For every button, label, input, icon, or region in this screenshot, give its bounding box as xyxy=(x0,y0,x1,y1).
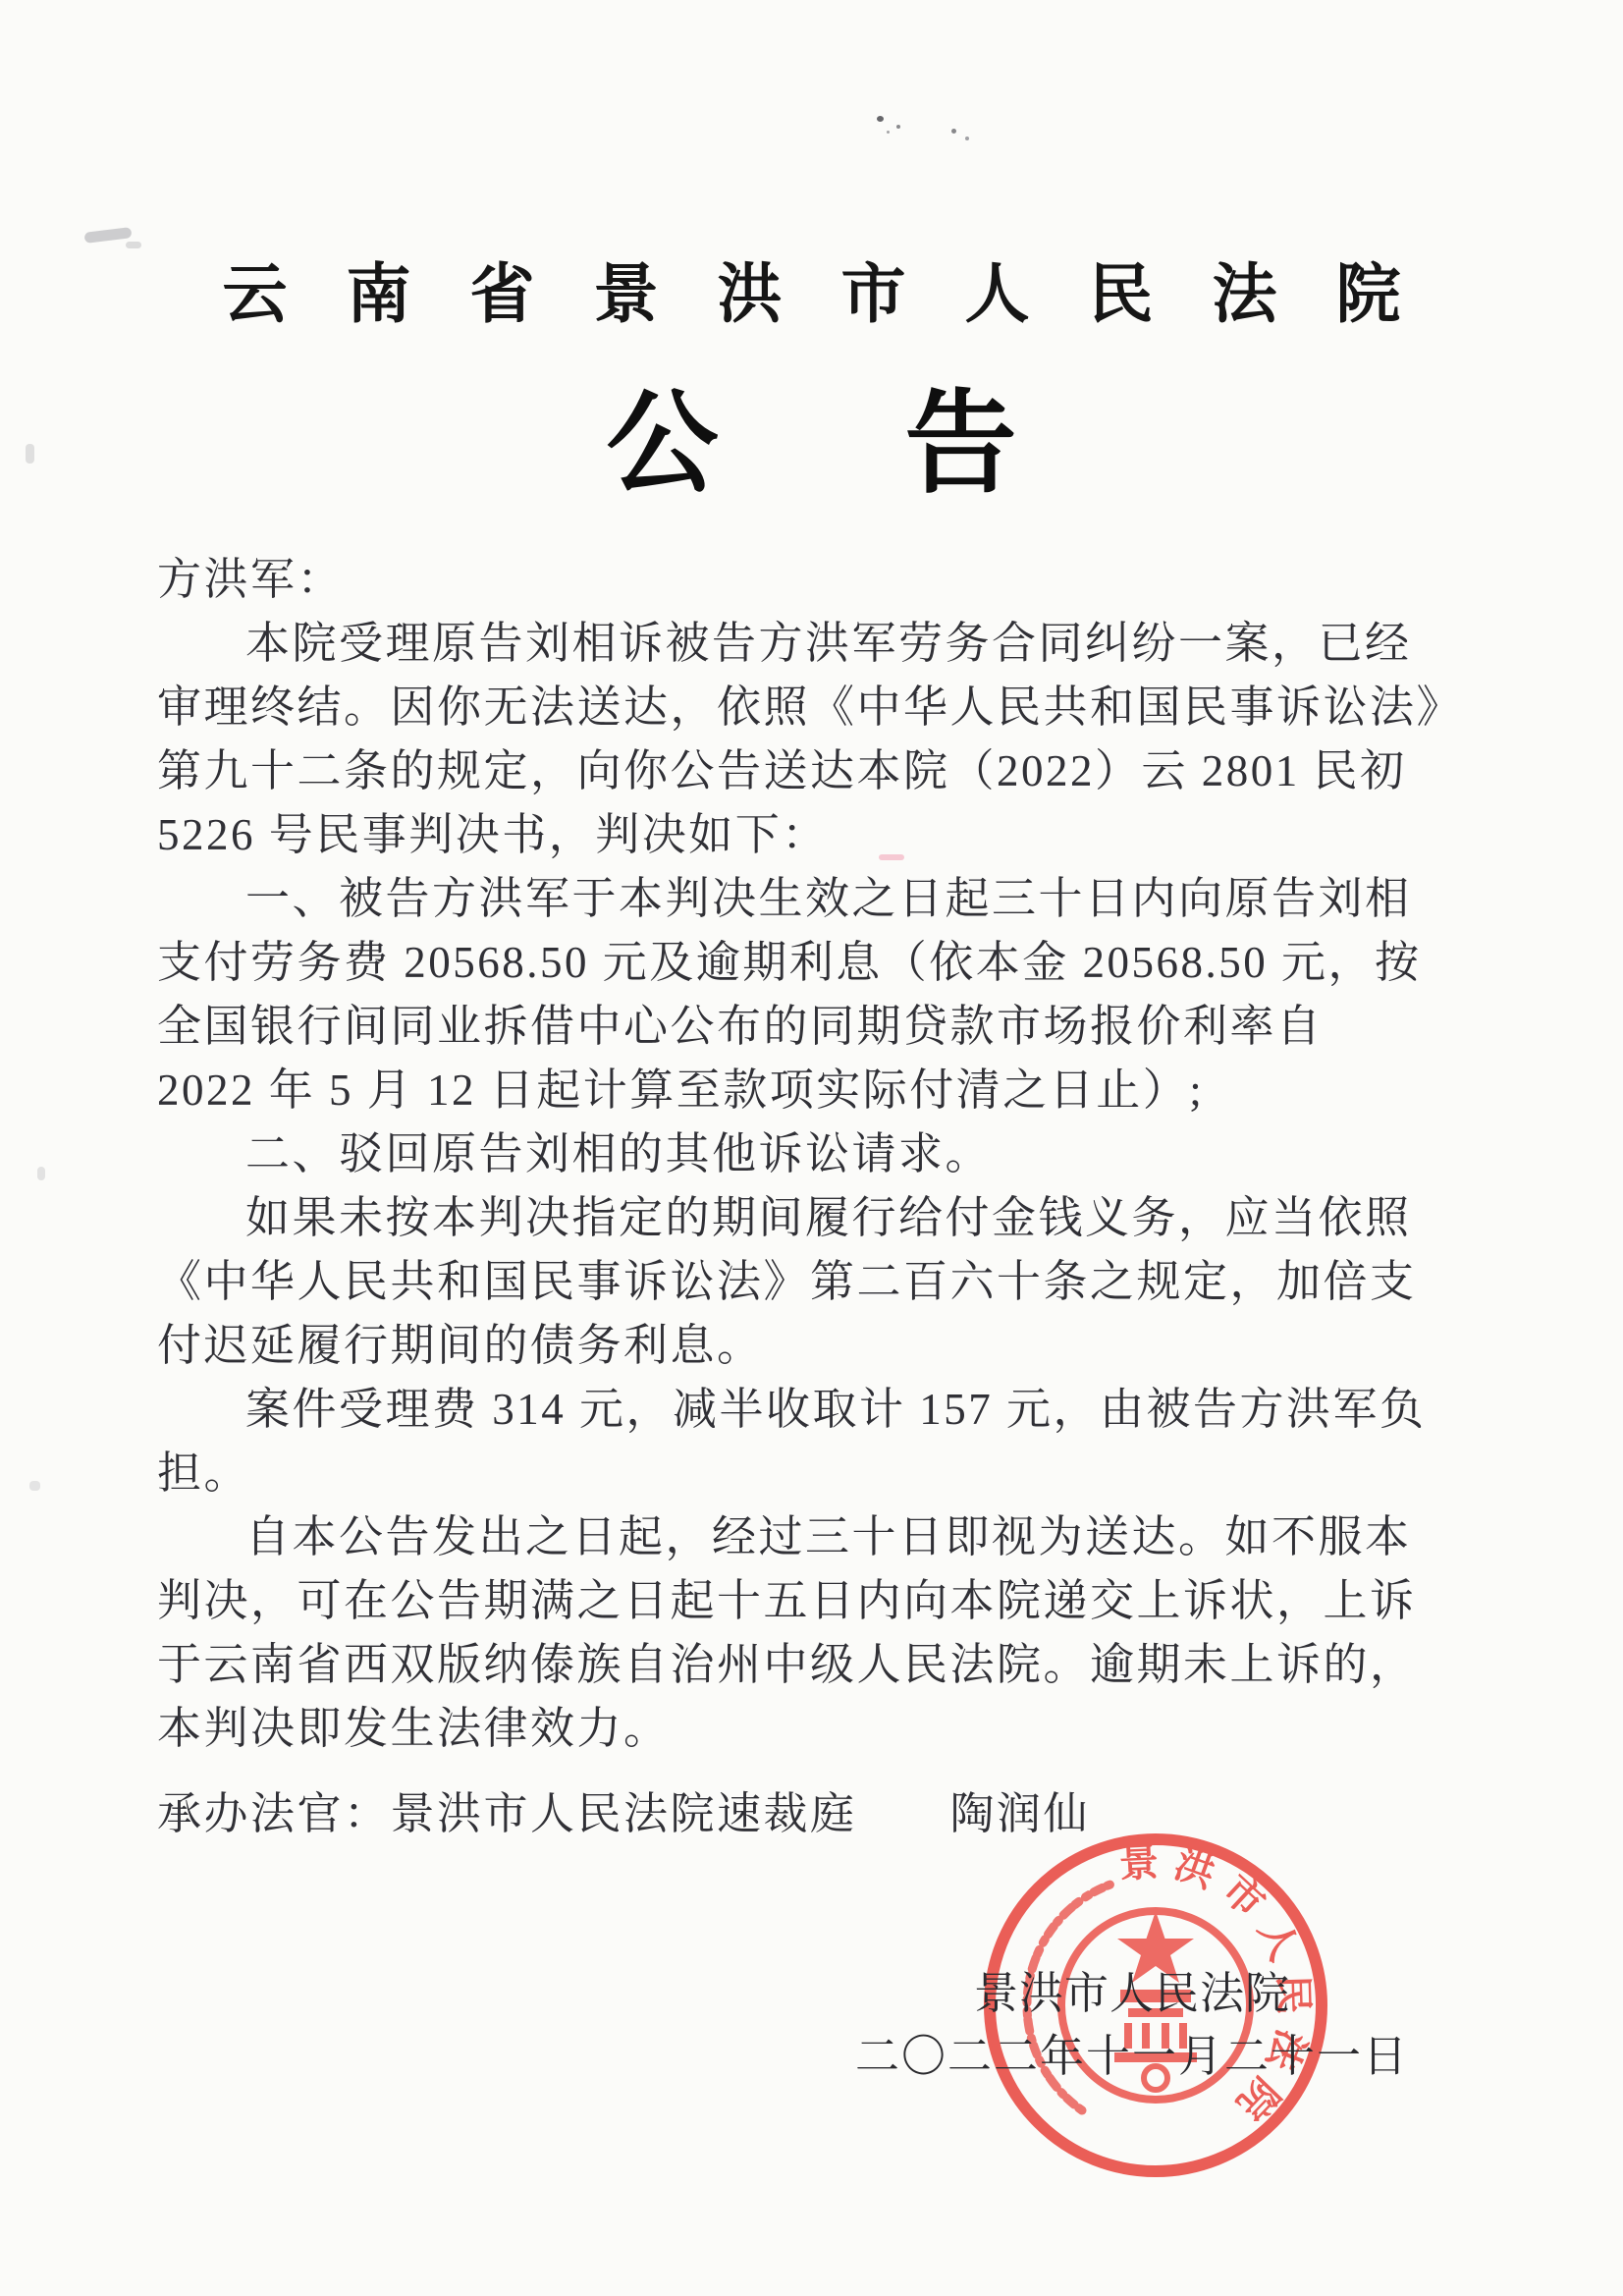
court-notice-document: 云南省景洪市人民法院 公告 方洪军： 本院受理原告刘相诉被告方洪军劳务合同纠纷一… xyxy=(0,0,1623,2296)
scan-artifact xyxy=(877,116,884,122)
scan-artifact xyxy=(29,1481,40,1491)
scan-artifact xyxy=(37,1167,45,1180)
notice-heading: 公告 xyxy=(0,354,1623,515)
recipient-name: 方洪军： xyxy=(157,548,1473,612)
service-and-appeal-clause: 自本公告发出之日起，经过三十日即视为送达。如不服本 判决，可在公告期满之日起十五… xyxy=(157,1505,1473,1761)
notice-paragraph: 本院受理原告刘相诉被告方洪军劳务合同纠纷一案，已经 审理终结。因你无法送达，依照… xyxy=(157,612,1473,867)
judgment-item-1: 一、被告方洪军于本判决生效之日起三十日内向原告刘相 支付劳务费 20568.50… xyxy=(157,867,1473,1122)
presiding-judge-line: 承办法官：景洪市人民法院速裁庭 陶润仙 xyxy=(157,1782,1473,1846)
judgment-item-2: 二、驳回原告刘相的其他诉讼请求。 xyxy=(157,1122,1473,1186)
scan-artifact xyxy=(965,137,969,140)
late-performance-clause: 如果未按本判决指定的期间履行给付金钱义务，应当依照 《中华人民共和国民事诉讼法》… xyxy=(157,1186,1473,1378)
notice-body: 方洪军： 本院受理原告刘相诉被告方洪军劳务合同纠纷一案，已经 审理终结。因你无法… xyxy=(157,548,1473,1846)
scan-artifact xyxy=(887,131,890,134)
issuing-court-title: 云南省景洪市人民法院 xyxy=(0,242,1623,335)
signing-date: 二〇二二年十一月二十一日 xyxy=(852,2025,1412,2088)
signing-court-name: 景洪市人民法院 xyxy=(852,1962,1412,2025)
scan-artifact xyxy=(896,125,900,129)
signature-block: 景洪市人民法院 二〇二二年十一月二十一日 xyxy=(852,1962,1412,2088)
court-fee-clause: 案件受理费 314 元，减半收取计 157 元，由被告方洪军负 担。 xyxy=(157,1378,1473,1505)
scan-artifact xyxy=(951,129,956,134)
